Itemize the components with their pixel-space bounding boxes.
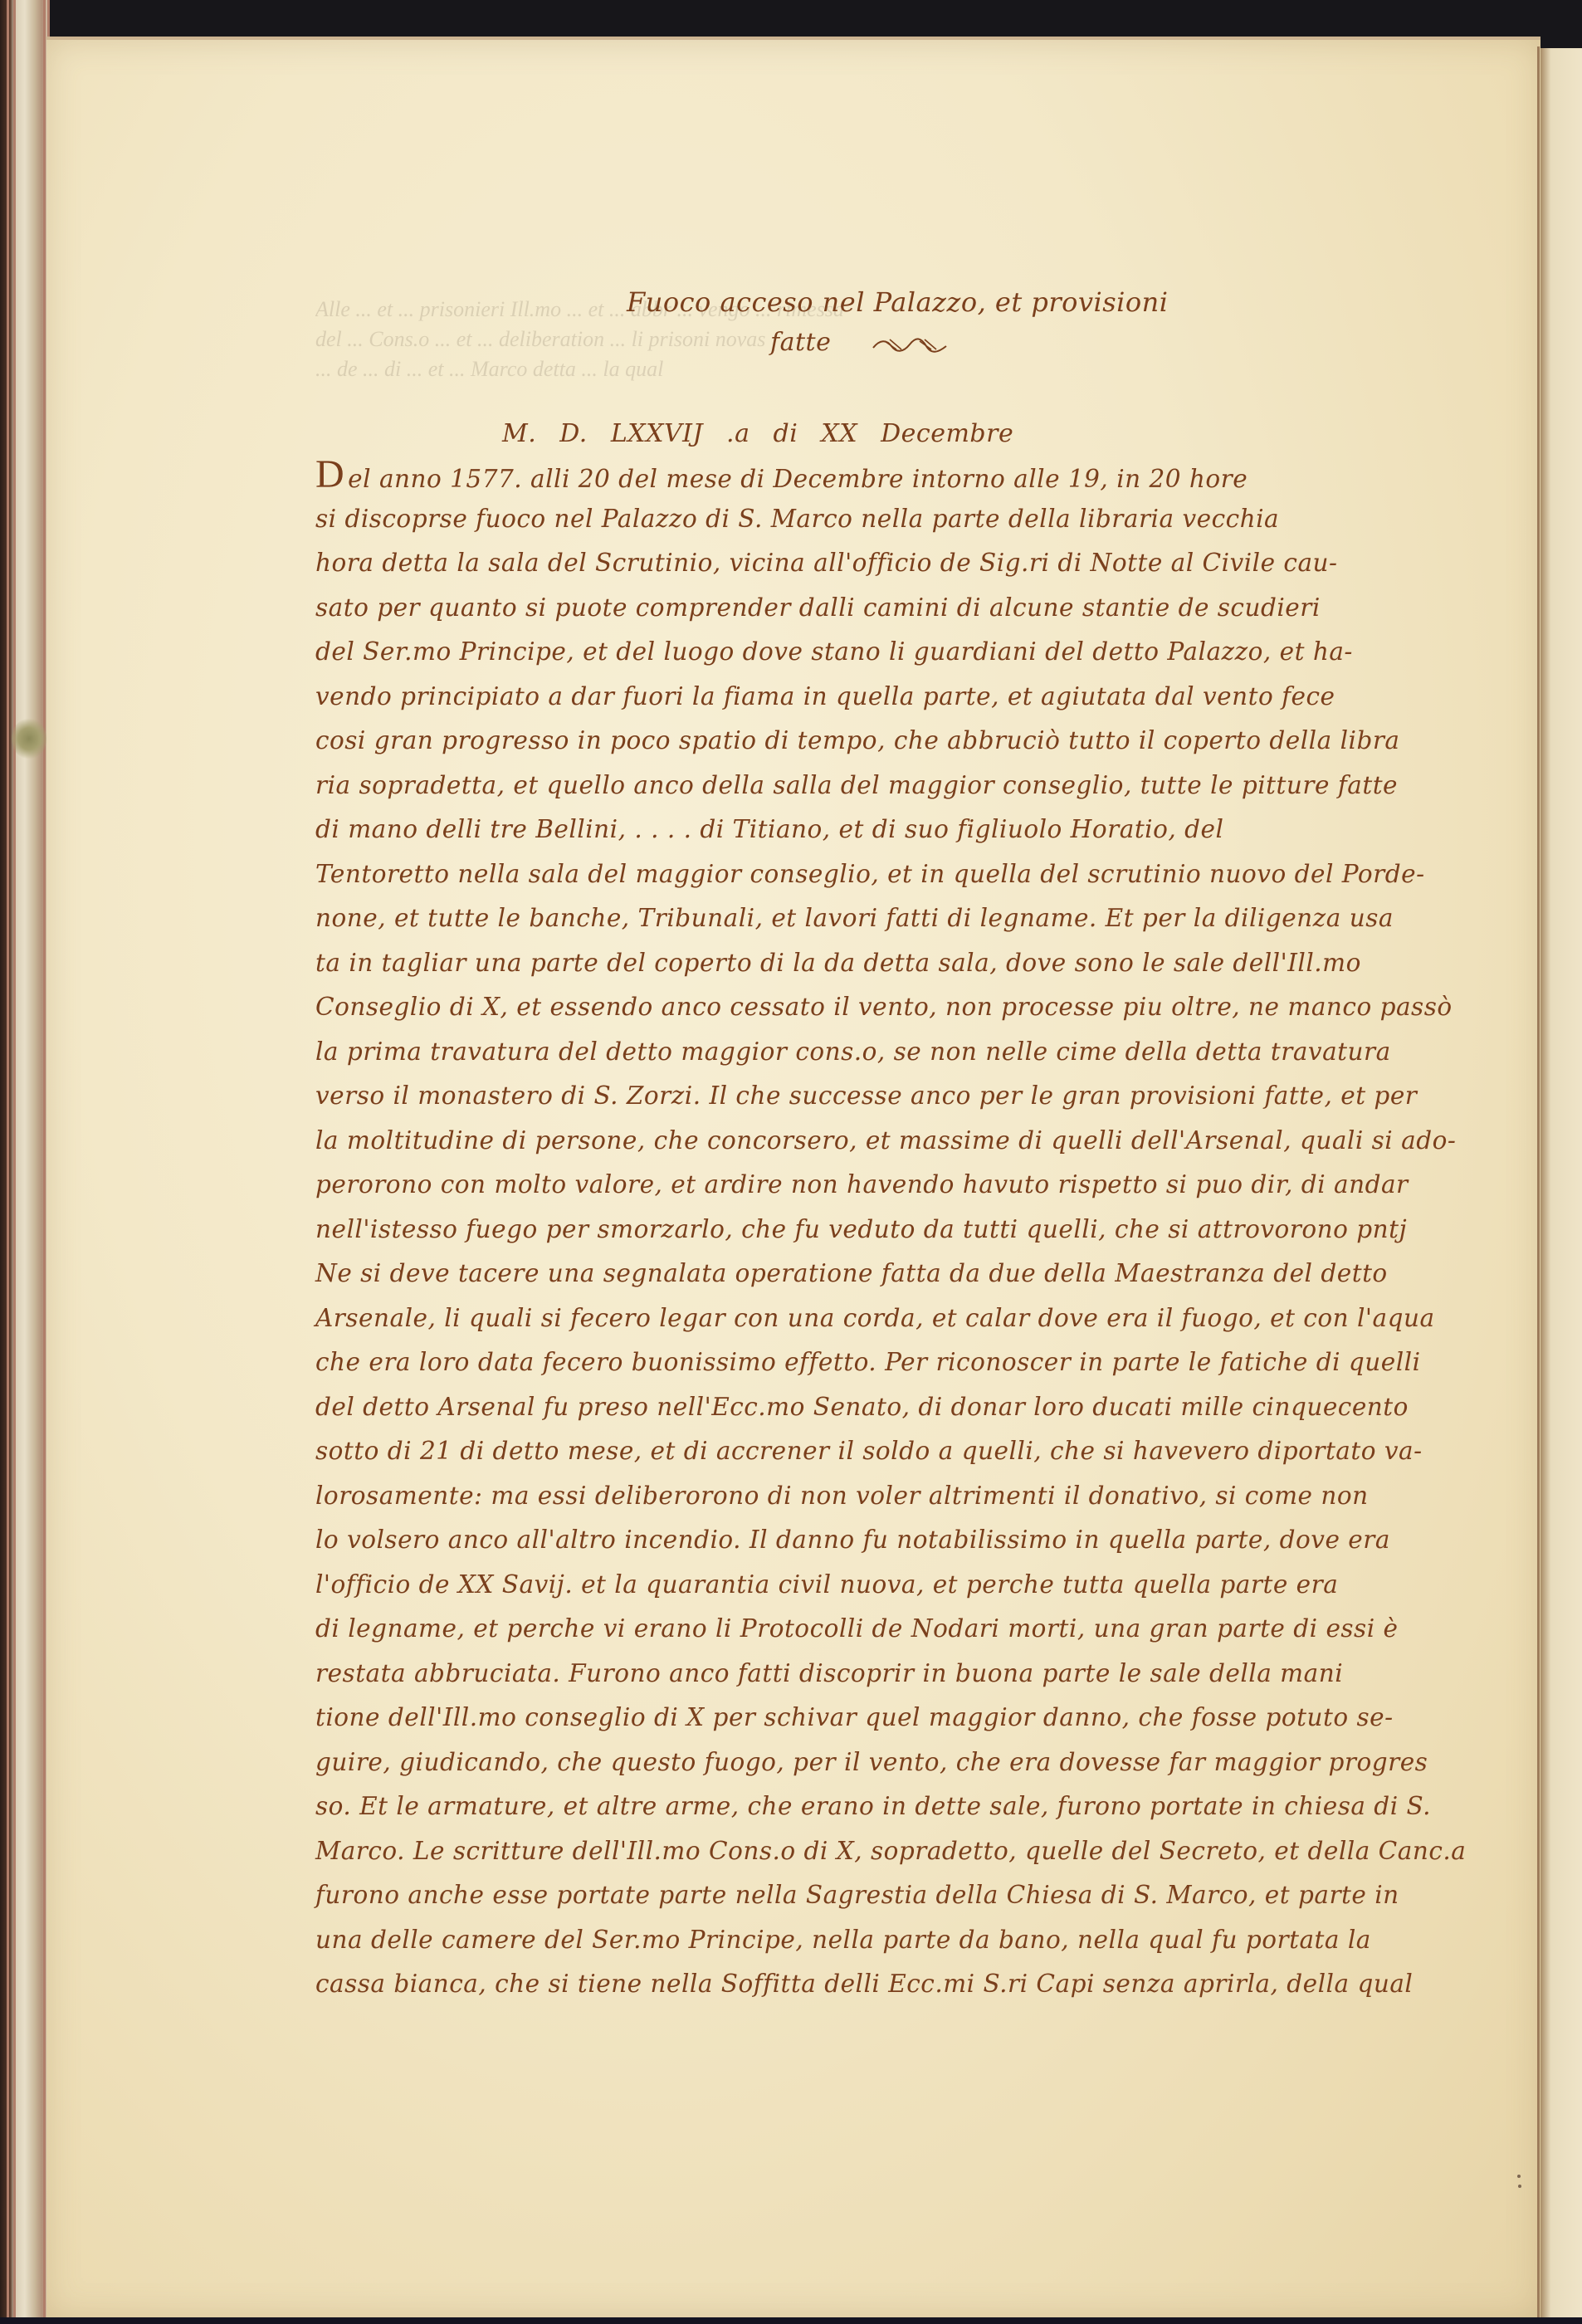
text-line: di mano delli tre Bellini, . . . . di Ti… <box>315 808 1527 852</box>
drop-capital: D <box>315 452 344 497</box>
text-line: hora detta la sala del Scrutinio, vicina… <box>315 541 1527 586</box>
spine-line <box>7 0 9 2324</box>
text-line: Tentoretto nella sala del maggior conseg… <box>315 852 1527 897</box>
text-line: lorosamente: ma essi deliberorono di non… <box>315 1474 1527 1519</box>
text-line: so. Et le armature, et altre arme, che e… <box>315 1784 1527 1829</box>
page-damage-mark <box>1518 2185 1521 2188</box>
text-line: none, et tutte le banche, Tribunali, et … <box>315 896 1527 941</box>
text-line: furono anche esse portate parte nella Sa… <box>315 1873 1527 1918</box>
text-line: vendo principiato a dar fuori la fiama i… <box>315 675 1527 720</box>
ornament-flourish-icon <box>872 336 948 354</box>
text-line: restata abbruciata. Furono anco fatti di… <box>315 1652 1527 1697</box>
background-bottom <box>0 2317 1582 2324</box>
page-right-edge <box>1537 46 1540 2321</box>
text-line: una delle camere del Ser.mo Principe, ne… <box>315 1918 1527 1963</box>
text-line: Del anno 1577. alli 20 del mese di Decem… <box>315 452 1527 497</box>
text-line: sotto di 21 di detto mese, et di accrene… <box>315 1429 1527 1474</box>
text-line: la moltitudine di persone, che concorser… <box>315 1119 1527 1164</box>
next-leaf-edge <box>1540 48 1582 2322</box>
text-line: tione dell'Ill.mo conseglio di X per sch… <box>315 1696 1527 1741</box>
spine-line <box>43 0 46 2324</box>
text-line: ta in tagliar una parte del coperto di l… <box>315 941 1527 986</box>
text-line: cassa bianca, che si tiene nella Soffitt… <box>315 1962 1527 2007</box>
heading-line-1: Fuoco acceso nel Palazzo, et provisioni <box>627 286 1169 318</box>
text-line: si discoprse fuoco nel Palazzo di S. Mar… <box>315 497 1527 542</box>
date-line: M. D. LXXVIJ .a di XX Decembre <box>502 419 1013 448</box>
text-line: l'officio de XX Savij. et la quarantia c… <box>315 1563 1527 1608</box>
text-line: lo volsero anco all'altro incendio. Il d… <box>315 1518 1527 1563</box>
text-line: di legname, et perche vi erano li Protoc… <box>315 1607 1527 1652</box>
text-line: verso il monastero di S. Zorzi. Il che s… <box>315 1074 1527 1119</box>
text-line: guire, giudicando, che questo fuogo, per… <box>315 1741 1527 1785</box>
spine-line <box>13 0 16 2324</box>
text-line: Arsenale, li quali si fecero legar con u… <box>315 1296 1527 1341</box>
text-line: del Ser.mo Principe, et del luogo dove s… <box>315 630 1527 675</box>
text-line: Conseglio di X, et essendo anco cessato … <box>315 985 1527 1030</box>
text-line: la prima travatura del detto maggior con… <box>315 1030 1527 1075</box>
text-line: cosi gran progresso in poco spatio di te… <box>315 719 1527 764</box>
show-through-line: ... de ... di ... et ... Marco detta ...… <box>315 354 1511 384</box>
text-line: sato per quanto si puote comprender dall… <box>315 586 1527 631</box>
text-line: perorono con molto valore, et ardire non… <box>315 1163 1527 1208</box>
book-spine-edge <box>0 0 50 2324</box>
binding-stain <box>12 718 46 759</box>
text-line: nell'istesso fuego per smorzarlo, che fu… <box>315 1208 1527 1252</box>
text-line-content: el anno 1577. alli 20 del mese di Decemb… <box>348 465 1248 493</box>
text-line: del detto Arsenal fu preso nell'Ecc.mo S… <box>315 1385 1527 1430</box>
heading-line-2: fatte <box>770 328 831 357</box>
text-line: che era loro data fecero buonissimo effe… <box>315 1340 1527 1385</box>
text-line: Marco. Le scritture dell'Ill.mo Cons.o d… <box>315 1829 1527 1874</box>
text-line: Ne si deve tacere una segnalata operatio… <box>315 1252 1527 1296</box>
manuscript-body: Del anno 1577. alli 20 del mese di Decem… <box>315 452 1527 2007</box>
text-line: ria sopradetta, et quello anco della sal… <box>315 764 1527 808</box>
page-damage-mark <box>1517 2175 1521 2178</box>
